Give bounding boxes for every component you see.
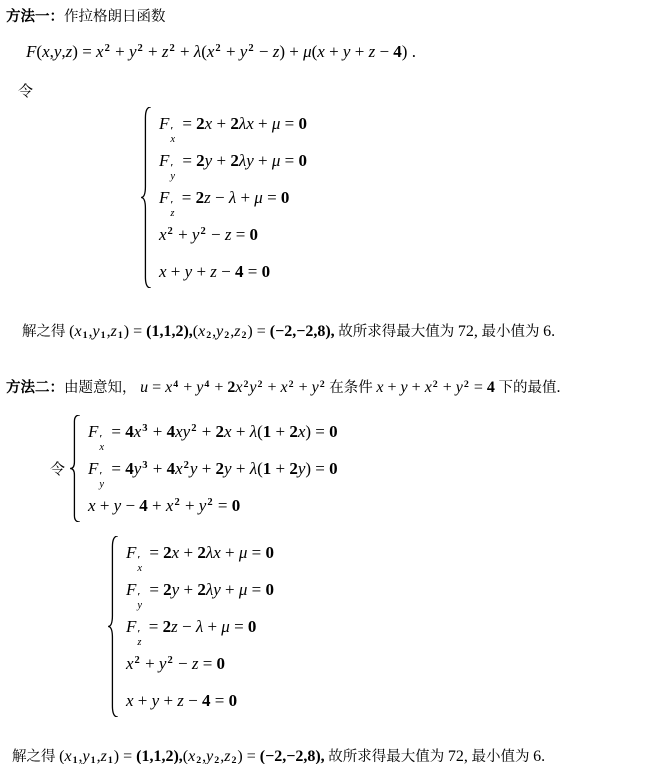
math-superscript: 2	[258, 379, 263, 390]
math-superscript: 2	[105, 43, 110, 54]
lagrange-function-equation: F(x,y,z) = x2 + y2 + z2 + λ(x2 + y2 − z)…	[26, 39, 666, 65]
math-operator: −	[375, 42, 393, 61]
math-number: 2	[163, 617, 172, 636]
math-operator: +	[271, 459, 289, 478]
equation-system-3: F′x = 2x + 2λx + μ = 0F′y = 2y + 2λy + μ…	[107, 534, 274, 719]
math-operator: +	[439, 379, 456, 396]
math-variable: z	[234, 323, 240, 340]
math-operator: ) =	[247, 323, 269, 340]
math-variable: x	[224, 422, 232, 441]
math-variable: x	[213, 543, 221, 562]
equation: x + y + z − 4 = 0	[159, 253, 307, 290]
math-operator: +	[148, 496, 166, 515]
math-operator: ) =	[305, 459, 329, 478]
equation-rows: F′x = 2x + 2λx + μ = 0F′y = 2y + 2λy + μ…	[120, 534, 274, 719]
math-operator: +	[210, 379, 227, 396]
math-operator: −	[121, 496, 139, 515]
math-variable: x	[159, 262, 167, 281]
left-brace-icon	[140, 105, 153, 290]
math-operator: +	[134, 691, 152, 710]
math-number: 2	[196, 114, 205, 133]
math-variable: F	[126, 580, 136, 599]
math-operator: +	[221, 543, 239, 562]
math-number: 2	[230, 151, 239, 170]
method1-heading-label: 方法一：	[6, 9, 64, 25]
math-variable: x	[166, 496, 174, 515]
math-superscript: 2	[289, 379, 294, 390]
math-superscript: 2	[137, 43, 142, 54]
math-operator: =	[280, 151, 298, 170]
math-number: 0	[265, 543, 274, 562]
math-variable: y	[159, 654, 167, 673]
math-operator: +	[236, 188, 254, 207]
math-superscript: 3	[142, 460, 147, 471]
math-superscript: 2	[174, 497, 179, 508]
equation: F′y = 2y + 2λy + μ = 0	[126, 571, 274, 608]
math-operator: +	[96, 496, 114, 515]
math-variable: x	[188, 748, 195, 764]
math-operator: =	[230, 617, 248, 636]
math-variable: x	[126, 691, 134, 710]
math-number: 0	[329, 459, 338, 478]
math-subscript: 2	[214, 755, 219, 764]
math-variable: x	[74, 323, 81, 340]
math-operator: =	[198, 654, 216, 673]
math-subscript: 1	[101, 330, 106, 341]
math-variable: y	[216, 323, 223, 340]
math-number: (1,1,2),	[146, 323, 193, 340]
math-number: 2	[230, 114, 239, 133]
math-number: 4	[202, 691, 211, 710]
math-variable: x	[425, 379, 432, 396]
math-variable: F	[26, 42, 36, 61]
math-number: 4	[125, 422, 134, 441]
math-superscript: 4	[204, 379, 209, 390]
math-number: 0	[265, 580, 274, 599]
math-operator: +	[212, 114, 230, 133]
math-variable: y	[312, 379, 319, 396]
math-operator: +	[192, 262, 210, 281]
math-variable: F	[159, 188, 169, 207]
math-variable: u	[140, 379, 148, 396]
math-variable: y	[83, 748, 90, 764]
math-operator: =	[231, 225, 249, 244]
left-brace-icon	[69, 413, 82, 524]
math-operator: =	[247, 543, 265, 562]
math-superscript: 2	[215, 43, 220, 54]
math-number: 0	[281, 188, 290, 207]
math-variable: x	[88, 496, 96, 515]
method2-heading-statement: 由题意知， u = x4 + y4 + 2x2y2 + x2 + y2 在条件 …	[64, 379, 561, 396]
equation: F′x = 2x + 2λx + μ = 0	[126, 534, 274, 571]
math-variable: y	[196, 379, 203, 396]
math-operator: +	[254, 114, 272, 133]
math-superscript: 2	[168, 226, 173, 237]
math-operator: +	[212, 151, 230, 170]
math-number: 2	[289, 459, 298, 478]
math-number: 4	[487, 379, 495, 396]
text-run: 由题意知，	[64, 380, 140, 396]
equation: F′x = 2x + 2λx + μ = 0	[159, 105, 307, 142]
math-variable: z	[171, 617, 178, 636]
math-superscript: 2	[243, 379, 248, 390]
math-superscript: 2	[207, 497, 212, 508]
math-number: 0	[298, 114, 307, 133]
equation: F′y = 2y + 2λy + μ = 0	[159, 142, 307, 179]
math-operator: ) =	[124, 323, 146, 340]
let-label-1: 令	[18, 80, 666, 101]
math-variable: y	[401, 379, 408, 396]
math-subscript: 1	[83, 330, 88, 341]
math-variable: y	[249, 379, 256, 396]
math-number: 4	[125, 459, 134, 478]
math-operator: +	[263, 379, 280, 396]
math-operator: ) =	[237, 748, 259, 764]
math-subscript: 1	[73, 755, 78, 764]
math-operator: =	[145, 617, 163, 636]
math-variable: λ	[250, 459, 257, 478]
math-operator: +	[149, 422, 167, 441]
math-number: 0	[250, 225, 259, 244]
math-operator: +	[111, 42, 129, 61]
math-operator: =	[247, 580, 265, 599]
math-operator: 6.	[543, 323, 555, 340]
math-operator: +	[350, 42, 368, 61]
math-superscript: 2	[191, 423, 196, 434]
math-subscript: 2	[206, 330, 211, 341]
math-variable: x	[317, 42, 325, 61]
math-operator: =	[280, 114, 298, 133]
math-variable: x	[126, 654, 134, 673]
math-variable: z	[111, 323, 117, 340]
math-variable: y	[192, 225, 200, 244]
math-superscript: 2	[433, 379, 438, 390]
math-operator: +	[222, 42, 240, 61]
text-run: 解之得	[12, 749, 59, 764]
math-superscript: 2	[200, 226, 205, 237]
equation-system-2: F′x = 4x3 + 4xy2 + 2x + λ(1 + 2x) = 0F′y…	[69, 413, 338, 524]
math-variable: y	[129, 42, 137, 61]
math-operator: +	[221, 580, 239, 599]
left-brace-icon	[107, 534, 120, 719]
math-variable: x	[159, 225, 167, 244]
math-variable: y	[206, 748, 213, 764]
math-superscript: 2	[320, 379, 325, 390]
math-operator: +	[174, 225, 192, 244]
math-operator: +	[232, 422, 250, 441]
math-number: 2	[289, 422, 298, 441]
math-variable: x	[165, 379, 172, 396]
math-superscript: 3	[142, 423, 147, 434]
let-system-2: 令 F′x = 4x3 + 4xy2 + 2x + λ(1 + 2x) = 0F…	[50, 413, 666, 524]
math-operator: +	[179, 379, 196, 396]
math-subscript: 1	[91, 755, 96, 764]
math-superscript: 2	[248, 43, 253, 54]
math-operator: +	[197, 459, 215, 478]
math-operator: =	[263, 188, 281, 207]
equation: x + y − 4 + x2 + y2 = 0	[88, 487, 338, 524]
math-number: (1,1,2),	[136, 748, 183, 764]
math-variable: y	[93, 323, 100, 340]
math-number: 4	[235, 262, 244, 281]
math-operator: +	[179, 580, 197, 599]
math-variable: y	[134, 459, 142, 478]
document: 方法一：作拉格朗日函数 F(x,y,z) = x2 + y2 + z2 + λ(…	[0, 7, 666, 764]
math-operator: .	[557, 379, 561, 396]
math-operator: ) .	[402, 42, 416, 61]
math-variable: μ	[221, 617, 230, 636]
math-variable: z	[224, 748, 230, 764]
equation: x2 + y2 − z = 0	[159, 216, 307, 253]
math-superscript: 2	[184, 460, 189, 471]
math-operator: +	[384, 379, 401, 396]
math-variable: x	[64, 748, 71, 764]
equation: x + y + z − 4 = 0	[126, 682, 274, 719]
math-operator: =	[214, 496, 232, 515]
math-variable: x	[96, 42, 104, 61]
math-variable: x	[198, 323, 205, 340]
math-number: (−2,−2,8),	[270, 323, 335, 340]
math-number: 0	[329, 422, 338, 441]
math-variable: y	[246, 151, 254, 170]
math-number: 2	[216, 459, 225, 478]
text-run: 故所求得最大值为	[335, 324, 458, 340]
math-variable: μ	[254, 188, 263, 207]
math-operator: +	[254, 151, 272, 170]
text-run: 最小值为	[468, 749, 533, 764]
equation: F′z = 2z − λ + μ = 0	[159, 179, 307, 216]
math-operator: +	[149, 459, 167, 478]
math-operator: −	[184, 691, 202, 710]
math-subscript: 2	[224, 330, 229, 341]
math-number: 0	[248, 617, 257, 636]
text-run: 故所求得最大值为	[325, 749, 448, 764]
math-superscript: 2	[464, 379, 469, 390]
equation: F′z = 2z − λ + μ = 0	[126, 608, 274, 645]
math-number: 2	[197, 580, 206, 599]
math-number: 4	[139, 496, 148, 515]
math-operator: +	[167, 262, 185, 281]
math-operator: =	[470, 379, 487, 396]
method1-heading: 方法一：作拉格朗日函数	[6, 7, 666, 27]
math-variable: F	[126, 617, 136, 636]
math-variable: x	[134, 422, 142, 441]
math-variable: F	[159, 151, 169, 170]
math-variable: x	[376, 379, 383, 396]
math-operator: +	[179, 543, 197, 562]
math-variable: y	[240, 42, 248, 61]
math-variable: F	[88, 459, 98, 478]
math-variable: x	[235, 379, 242, 396]
math-variable: F	[88, 422, 98, 441]
text-run: 在条件	[326, 380, 377, 396]
math-operator: =	[107, 422, 125, 441]
text-run: 最小值为	[478, 324, 543, 340]
math-operator: −	[255, 42, 273, 61]
equation-rows: F′x = 2x + 2λx + μ = 0F′y = 2y + 2λy + μ…	[153, 105, 307, 290]
math-superscript: 2	[169, 43, 174, 54]
math-subscript: 1	[108, 755, 113, 764]
math-operator: +	[141, 654, 159, 673]
math-operator: −	[217, 262, 235, 281]
math-subscript: 1	[118, 330, 123, 341]
math-operator: +	[176, 42, 194, 61]
math-operator: −	[178, 617, 196, 636]
math-operator: =	[211, 691, 229, 710]
math-number: 0	[229, 691, 238, 710]
math-operator: −	[211, 188, 229, 207]
math-variable: F	[159, 114, 169, 133]
math-superscript: 2	[135, 655, 140, 666]
math-number: 0	[217, 654, 226, 673]
math-operator: 72,	[458, 323, 478, 340]
math-operator: +	[271, 422, 289, 441]
math-operator: +	[159, 691, 177, 710]
math-operator: =	[148, 379, 165, 396]
math-subscript: 2	[196, 755, 201, 764]
math-operator: +	[197, 422, 215, 441]
math-variable: λ	[250, 422, 257, 441]
math-number: 2	[163, 580, 172, 599]
math-variable: z	[101, 748, 107, 764]
math-variable: x	[175, 422, 183, 441]
conclusion-2: 解之得 (x1,y1,z1) = (1,1,2),(x2,y2,z2) = (−…	[12, 745, 666, 764]
math-subscript: 2	[231, 755, 236, 764]
math-operator: =	[244, 262, 262, 281]
conclusion-1: 解之得 (x1,y1,z1) = (1,1,2),(x2,y2,z2) = (−…	[22, 320, 666, 344]
math-number: 4	[393, 42, 402, 61]
math-variable: z	[162, 42, 169, 61]
math-operator: 72,	[448, 748, 468, 764]
math-variable: x	[42, 42, 50, 61]
math-variable: x	[281, 379, 288, 396]
math-operator: −	[207, 225, 225, 244]
math-variable: F	[126, 543, 136, 562]
math-number: 0	[298, 151, 307, 170]
math-subscript: 2	[241, 330, 246, 341]
equation-rows: F′x = 4x3 + 4xy2 + 2x + λ(1 + 2x) = 0F′y…	[82, 413, 338, 524]
math-variable: z	[210, 262, 217, 281]
math-variable: y	[199, 496, 207, 515]
math-variable: μ	[303, 42, 312, 61]
math-number: 2	[216, 422, 225, 441]
equation: x2 + y2 − z = 0	[126, 645, 274, 682]
method2-heading: 方法二：由题意知， u = x4 + y4 + 2x2y2 + x2 + y2 …	[6, 375, 666, 401]
math-operator: ) =	[114, 748, 136, 764]
math-variable: z	[204, 188, 211, 207]
math-operator: ) =	[72, 42, 96, 61]
math-operator: +	[203, 617, 221, 636]
equation: F′y = 4y3 + 4x2y + 2y + λ(1 + 2y) = 0	[88, 450, 338, 487]
math-variable: y	[456, 379, 463, 396]
math-variable: y	[213, 580, 221, 599]
math-variable: y	[224, 459, 232, 478]
math-number: 2	[163, 543, 172, 562]
method1-heading-text: 作拉格朗日函数	[64, 9, 166, 25]
math-operator: 6.	[533, 748, 545, 764]
math-number: 2	[196, 151, 205, 170]
math-operator: −	[174, 654, 192, 673]
math-number: 0	[262, 262, 271, 281]
math-number: 1	[263, 459, 272, 478]
math-superscript: 2	[167, 655, 172, 666]
math-variable: y	[183, 422, 191, 441]
math-number: 2	[196, 188, 205, 207]
text-run: 解之得	[22, 324, 69, 340]
math-variable: x	[207, 42, 215, 61]
math-number: (−2,−2,8),	[260, 748, 325, 764]
math-operator: +	[232, 459, 250, 478]
math-operator: =	[178, 188, 196, 207]
math-operator: ) +	[279, 42, 303, 61]
math-variable: x	[175, 459, 183, 478]
math-number: 4	[167, 422, 176, 441]
math-number: 1	[263, 422, 272, 441]
math-superscript: 4	[173, 379, 178, 390]
math-operator: +	[181, 496, 199, 515]
math-operator: +	[144, 42, 162, 61]
math-variable: x	[246, 114, 254, 133]
equation-system-1: F′x = 2x + 2λx + μ = 0F′y = 2y + 2λy + μ…	[140, 105, 307, 290]
equation: F′x = 4x3 + 4xy2 + 2x + λ(1 + 2x) = 0	[88, 413, 338, 450]
math-operator: +	[408, 379, 425, 396]
math-operator: +	[325, 42, 343, 61]
method2-heading-label: 方法二：	[6, 380, 64, 396]
math-operator: =	[178, 151, 196, 170]
math-number: 2	[197, 543, 206, 562]
math-operator: =	[178, 114, 196, 133]
math-operator: =	[145, 543, 163, 562]
math-operator: +	[295, 379, 312, 396]
let-label-2: 令	[50, 458, 65, 479]
math-variable: z	[177, 691, 184, 710]
math-operator: =	[107, 459, 125, 478]
math-number: 0	[232, 496, 241, 515]
math-number: 4	[167, 459, 176, 478]
math-operator: =	[145, 580, 163, 599]
text-run: 下的最值	[495, 380, 557, 396]
math-operator: ) =	[305, 422, 329, 441]
